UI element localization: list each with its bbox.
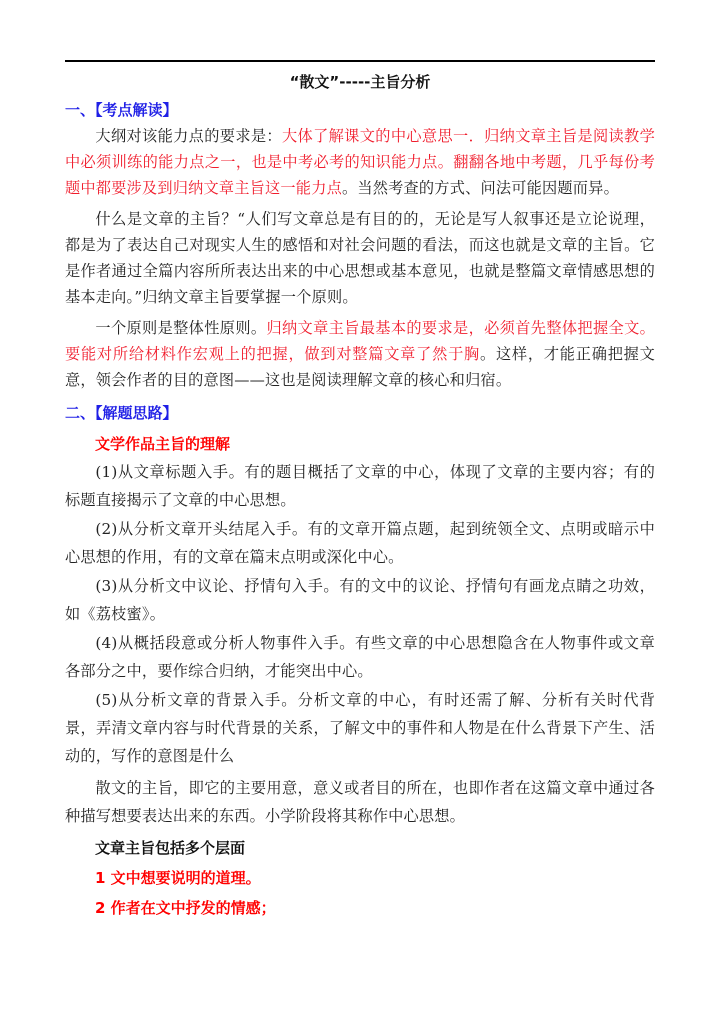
level-item: 1 文中想要说明的道理。 [65, 863, 655, 893]
section-heading-exam-points: 一、【考点解读】 [65, 97, 655, 123]
text-normal: 一个原则是整体性原则。 [95, 319, 266, 337]
step-item: (5)从分析文章的背景入手。分析文章的中心，有时还需了解、分析有关时代背景，弄清… [65, 686, 655, 770]
level-item: 2 作者在文中抒发的情感； [65, 893, 655, 923]
section-heading-solving-approach: 二、【解题思路】 [65, 400, 655, 426]
document-title: “散文”-----主旨分析 [65, 70, 655, 94]
paragraph-what-is-theme: 什么是文章的主旨？“人们写文章总是有目的的，无论是写人叙事还是立论说理，都是为了… [65, 206, 655, 310]
document-body: 一、【考点解读】 大纲对该能力点的要求是：大体了解课文的中心意思一．归纳文章主旨… [65, 97, 655, 923]
step-item: (2)从分析文章开头结尾入手。有的文章开篇点题，起到统领全文、点明或暗示中心思想… [65, 515, 655, 571]
steps-list: (1)从文章标题入手。有的题目概括了文章的中心，体现了文章的主要内容；有的标题直… [65, 458, 655, 830]
levels-heading: 文章主旨包括多个层面 [65, 834, 655, 863]
step-item: (4)从概括段意或分析人物事件入手。有些文章的中心思想隐含在人物事件或文章各部分… [65, 629, 655, 685]
text-normal: 。当然考查的方式、问法可能因题而异。 [342, 179, 619, 197]
paragraph-syllabus-requirement: 大纲对该能力点的要求是：大体了解课文的中心意思一．归纳文章主旨是阅读教学中必须训… [65, 123, 655, 201]
text-normal: 什么是文章的主旨？“人们写文章总是有目的的，无论是写人叙事还是立论说理，都是为了… [65, 210, 655, 306]
header-rule [65, 60, 655, 62]
paragraph-summary: 散文的主旨，即它的主要用意，意义或者目的所在，也即作者在这篇文章中通过各种描写想… [65, 774, 655, 830]
subheading-literary-theme: 文学作品主旨的理解 [65, 431, 655, 457]
paragraph-principle: 一个原则是整体性原则。归纳文章主旨最基本的要求是，必须首先整体把握全文。要能对所… [65, 315, 655, 393]
step-item: (3)从分析文中议论、抒情句入手。有的文中的议论、抒情句有画龙点睛之功效，如《荔… [65, 572, 655, 628]
text-normal: 大纲对该能力点的要求是： [95, 127, 282, 145]
step-item: (1)从文章标题入手。有的题目概括了文章的中心，体现了文章的主要内容；有的标题直… [65, 458, 655, 514]
